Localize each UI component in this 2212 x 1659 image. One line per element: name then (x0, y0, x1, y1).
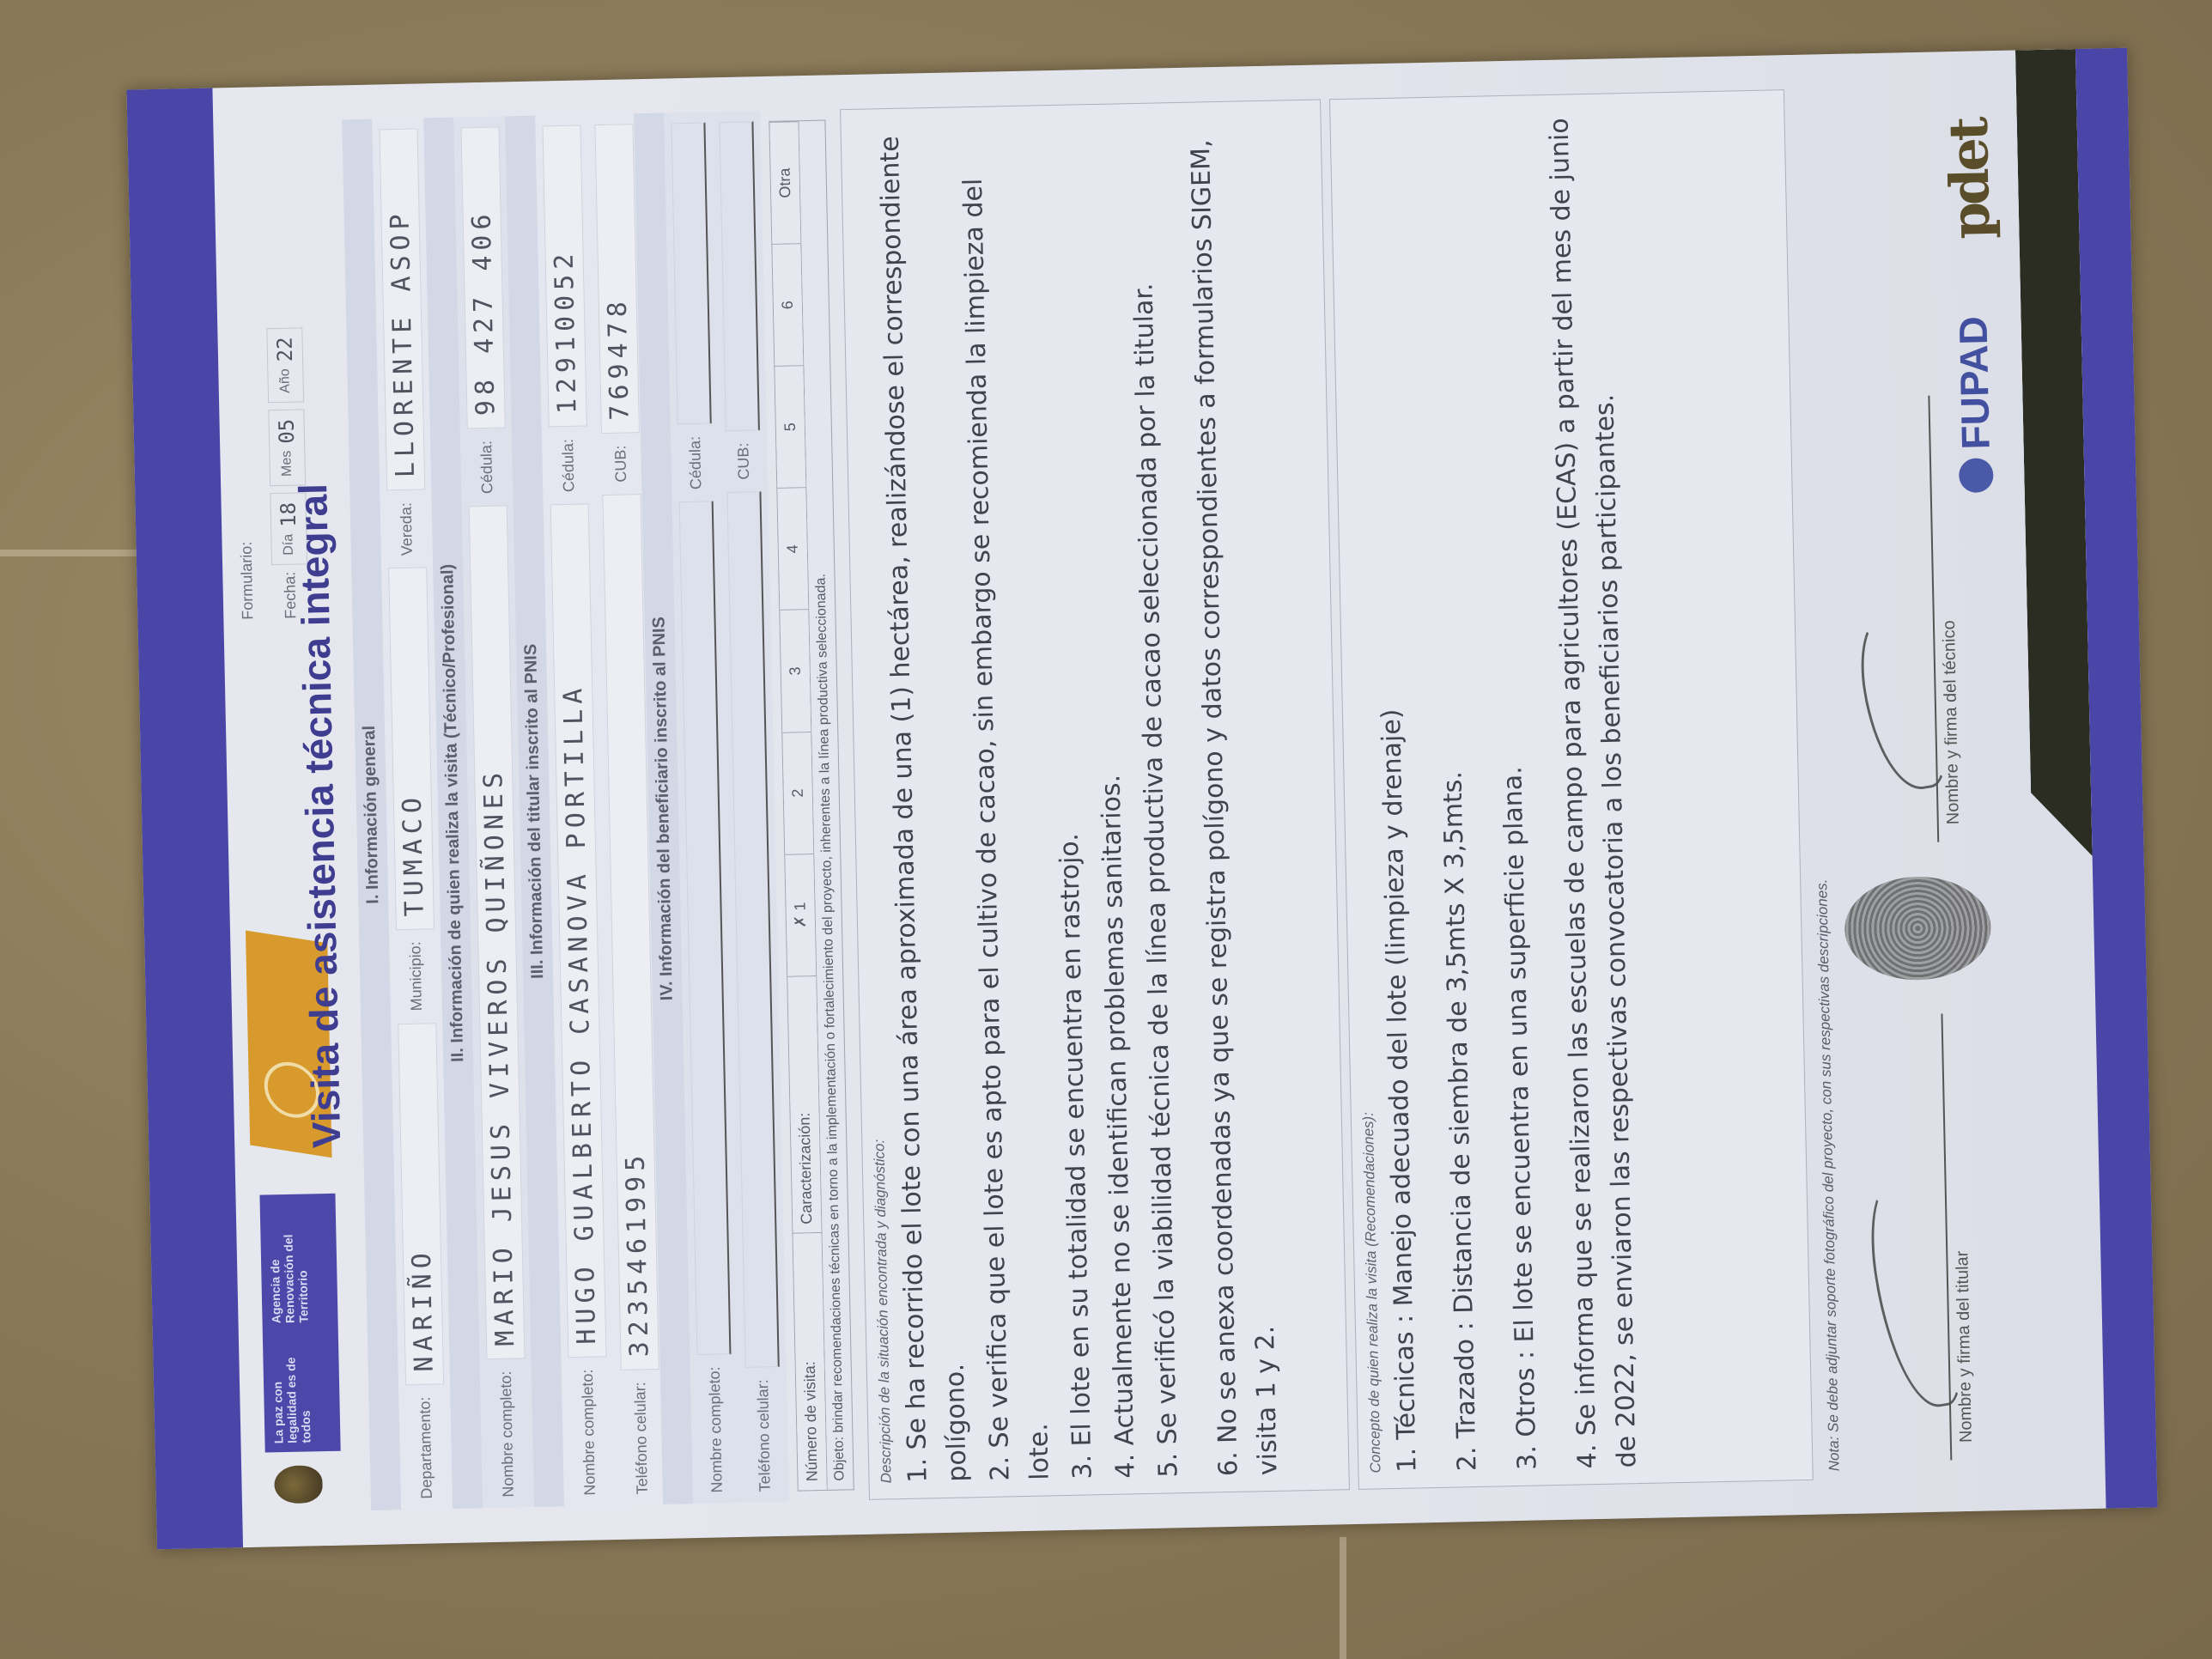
visit-option-other[interactable]: Otra (769, 121, 800, 244)
visit-option-3[interactable]: 3 (780, 610, 811, 732)
description-list: 1. Se ha recorrido el lote con una área … (871, 117, 1289, 1483)
pdet-logo: pdet (1937, 119, 2002, 240)
fupad-logo: FUPAD (1949, 316, 1999, 493)
municipio-field[interactable]: TUMACO (388, 568, 434, 930)
departamento-field[interactable]: NARIÑO (398, 1023, 444, 1385)
holder-id-field[interactable]: 12910052 (542, 125, 586, 428)
holder-signature[interactable]: Nombre y firma del titular (1863, 1013, 1984, 1462)
form-sheet: La paz con legalidad es de todos Agencia… (126, 48, 2157, 1549)
beneficiary-id-field[interactable] (671, 122, 711, 424)
fingerprint-mark (1844, 875, 1991, 981)
floor-tile-seam (1340, 1537, 1346, 1659)
beneficiary-phone-field[interactable] (726, 491, 779, 1368)
visit-option-1[interactable]: ✗ 1 (785, 854, 816, 976)
technician-id-field[interactable]: 98 427 406 (460, 127, 505, 429)
recommendations-box[interactable]: Concepto de quien realiza la visita (Rec… (1329, 89, 1814, 1490)
document-photo: La paz con legalidad es de todos Agencia… (129, 43, 2155, 1554)
partner-logos: FUPAD pdet (1937, 119, 2008, 493)
visit-option-4[interactable]: 4 (777, 487, 808, 610)
visit-option-5[interactable]: 5 (775, 365, 805, 488)
floor-tile-seam (0, 550, 137, 556)
signature-scribble (1852, 610, 1954, 796)
top-color-band (126, 88, 243, 1549)
beneficiary-cub-field[interactable] (719, 121, 760, 431)
section-beneficiary-info: IV. Información del beneficiario inscrit… (634, 110, 854, 1504)
globe-icon (1958, 458, 1993, 493)
visit-option-2[interactable]: 2 (782, 732, 813, 854)
visit-option-6[interactable]: 6 (772, 243, 803, 366)
holder-cub-field[interactable]: 769478 (594, 124, 640, 434)
recommendations-list: 1. Técnicas : Manejo adecuado del lote (… (1359, 109, 1647, 1473)
vereda-field[interactable]: LLORENTE ASOP (379, 129, 425, 491)
situation-description-box[interactable]: Descripción de la situación encontrada y… (840, 99, 1350, 1499)
